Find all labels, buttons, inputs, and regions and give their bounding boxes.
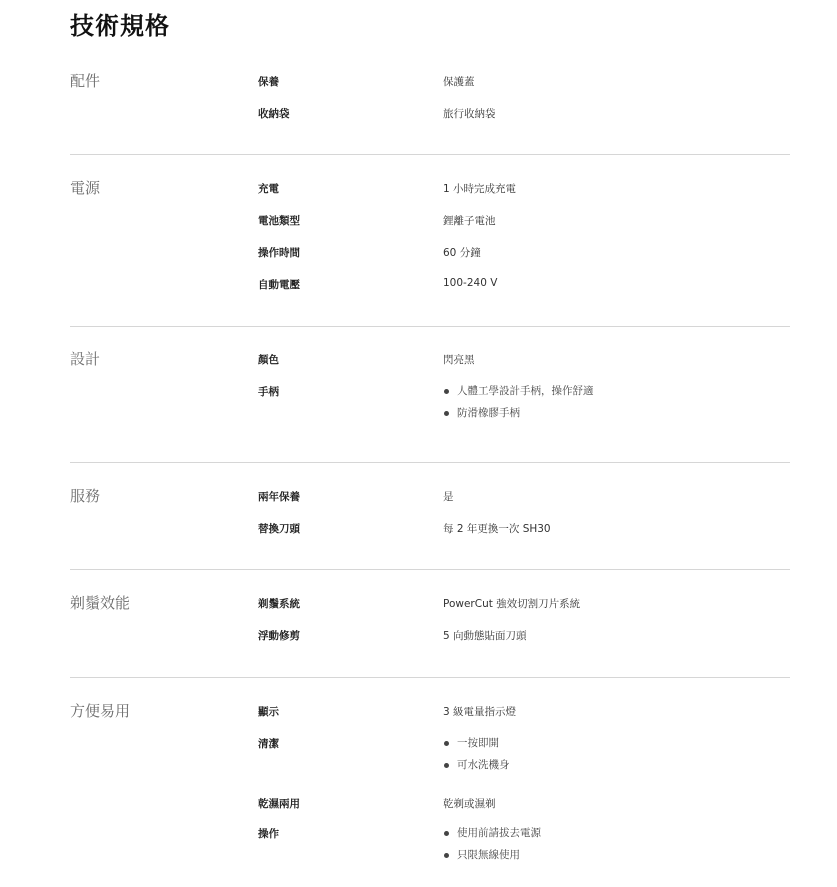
spec-value: 鋰離子電池: [443, 213, 496, 228]
spec-value: 閃亮黑: [443, 352, 475, 367]
spec-value: 5 向動態貼面刀頭: [443, 628, 527, 643]
spec-key: 手柄: [258, 384, 279, 399]
spec-key: 浮動修剪: [258, 628, 300, 643]
spec-value: 60 分鐘: [443, 245, 481, 260]
section-divider: [70, 154, 790, 155]
section-label: 設計: [70, 348, 100, 369]
spec-key: 兩年保養: [258, 489, 300, 504]
spec-bullet-list: 一按即開 可水洗機身: [443, 736, 510, 780]
spec-key: 清潔: [258, 736, 279, 751]
spec-key: 收納袋: [258, 106, 290, 121]
section-divider: [70, 326, 790, 327]
bullet-item: 防滑橡膠手柄: [443, 406, 594, 428]
spec-key: 替換刀頭: [258, 521, 300, 536]
section-divider: [70, 462, 790, 463]
spec-row: 手柄 人體工學設計手柄，操作舒適 防滑橡膠手柄: [258, 384, 790, 428]
bullet-item: 可水洗機身: [443, 758, 510, 780]
section-label: 方便易用: [70, 700, 130, 721]
spec-row: 兩年保養 是: [258, 489, 790, 509]
spec-key: 操作: [258, 826, 279, 841]
spec-row: 剃鬚系統 PowerCut 強效切割刀片系統: [258, 596, 790, 616]
bullet-item: 使用前請拔去電源: [443, 826, 541, 848]
spec-value: 旅行收納袋: [443, 106, 496, 121]
spec-key: 保養: [258, 74, 279, 89]
page-title: 技術規格: [70, 6, 170, 41]
spec-bullet-list: 人體工學設計手柄，操作舒適 防滑橡膠手柄: [443, 384, 594, 428]
spec-row: 替換刀頭 每 2 年更換一次 SH30: [258, 521, 790, 541]
spec-row: 操作時間 60 分鐘: [258, 245, 790, 265]
section-label: 配件: [70, 70, 100, 91]
spec-value: 1 小時完成充電: [443, 181, 516, 196]
spec-value: 是: [443, 489, 454, 504]
spec-value: 保護蓋: [443, 74, 475, 89]
spec-key: 充電: [258, 181, 279, 196]
spec-bullet-list: 使用前請拔去電源 只限無線使用: [443, 826, 541, 870]
spec-row: 操作 使用前請拔去電源 只限無線使用: [258, 826, 790, 870]
spec-row: 保養 保護蓋: [258, 74, 790, 94]
spec-row: 電池類型 鋰離子電池: [258, 213, 790, 233]
bullet-item: 一按即開: [443, 736, 510, 758]
spec-row: 顏色 閃亮黑: [258, 352, 790, 372]
section-divider: [70, 569, 790, 570]
spec-key: 顯示: [258, 704, 279, 719]
spec-key: 自動電壓: [258, 277, 300, 292]
spec-key: 乾濕兩用: [258, 796, 300, 811]
spec-value: PowerCut 強效切割刀片系統: [443, 596, 580, 611]
section-label: 電源: [70, 177, 100, 198]
spec-key: 剃鬚系統: [258, 596, 300, 611]
bullet-item: 只限無線使用: [443, 848, 541, 870]
spec-row: 乾濕兩用 乾剃或濕剃: [258, 796, 790, 816]
spec-row: 清潔 一按即開 可水洗機身: [258, 736, 790, 780]
spec-row: 充電 1 小時完成充電: [258, 181, 790, 201]
spec-key: 顏色: [258, 352, 279, 367]
bullet-item: 人體工學設計手柄，操作舒適: [443, 384, 594, 406]
section-label: 剃鬚效能: [70, 592, 130, 613]
spec-row: 收納袋 旅行收納袋: [258, 106, 790, 126]
spec-key: 電池類型: [258, 213, 300, 228]
spec-value: 每 2 年更換一次 SH30: [443, 521, 551, 536]
spec-value: 100-240 V: [443, 277, 497, 289]
section-divider: [70, 677, 790, 678]
section-label: 服務: [70, 485, 100, 506]
spec-row: 浮動修剪 5 向動態貼面刀頭: [258, 628, 790, 648]
spec-row: 自動電壓 100-240 V: [258, 277, 790, 297]
spec-value: 乾剃或濕剃: [443, 796, 496, 811]
spec-value: 3 級電量指示燈: [443, 704, 516, 719]
spec-row: 顯示 3 級電量指示燈: [258, 704, 790, 724]
spec-key: 操作時間: [258, 245, 300, 260]
